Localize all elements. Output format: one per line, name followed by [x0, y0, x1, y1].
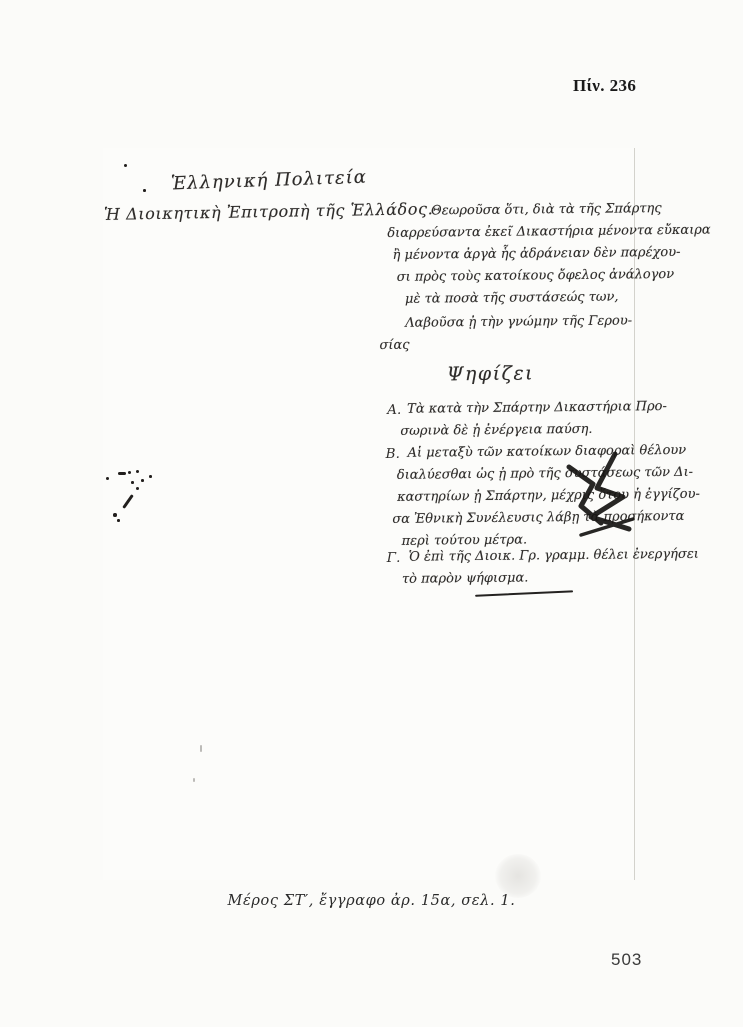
- scanned-document: Ἑλληνική Πολιτεία Ἡ Διοικητικὴ Ἐπιτροπὴ …: [103, 148, 635, 880]
- manuscript-line: διαρρεύσαντα ἐκεῖ Δικαστήρια μένοντα εὔκ…: [387, 223, 711, 241]
- faint-speck: [193, 778, 195, 782]
- ink-blot: [131, 481, 134, 484]
- ink-blot: [141, 479, 144, 482]
- manuscript-line: Λαβοῦσα ᾐ τὴν γνώμην τῆς Γερου-: [405, 313, 632, 330]
- ink-blot: [106, 477, 109, 480]
- manuscript-line: ἢ μένοντα ἀργὰ ἧς ἀδράνειαν δὲν παρέχου-: [392, 245, 680, 263]
- figure-caption: Μέρος ΣΤ′, ἔγγραφο ἀρ. 15α, σελ. 1.: [0, 893, 743, 909]
- ink-blot: [136, 487, 139, 490]
- manuscript-line: σωρινὰ δὲ ᾐ ἐνέργεια παύση.: [400, 422, 592, 439]
- list-marker-alpha: Α.: [387, 402, 401, 418]
- book-page: { "colors": { "paper": "#fbfbf9", "handw…: [0, 0, 743, 1027]
- list-marker-gamma: Γ.: [387, 550, 401, 566]
- manuscript-line: σίας: [379, 338, 409, 353]
- faint-speck: [200, 745, 202, 752]
- manuscript-line: Ὁ ἐπὶ τῆς Διοικ. Γρ. γραμμ. θέλει ἐνεργή…: [409, 547, 699, 565]
- ink-blot: [117, 519, 120, 522]
- decree-heading: Ψηφίζει: [447, 362, 534, 385]
- crossout-scribble: [561, 451, 649, 543]
- manuscript-line: καστηρίων ᾐ Σπάρτην, μέχρις ὅτου ἡ ἐγγίζ…: [397, 487, 700, 505]
- ink-blot: [143, 189, 146, 192]
- manuscript-line: τὸ παρὸν ψήφισμα.: [402, 570, 529, 586]
- page-number: 503: [611, 950, 642, 970]
- ink-blot: [124, 164, 127, 167]
- ink-blot: [128, 471, 131, 474]
- manuscript-line: σι πρὸς τοὺς κατοίκους ὄφελος ἀνάλογον: [397, 267, 675, 285]
- manuscript-line: περὶ τούτου μέτρα.: [401, 533, 527, 549]
- ink-blot: [136, 470, 139, 473]
- manuscript-line: Τὰ κατὰ τὴν Σπάρτην Δικαστήρια Προ-: [407, 399, 667, 417]
- ink-blot: [149, 475, 152, 478]
- ink-blot: [113, 513, 117, 517]
- list-marker-beta: Β.: [386, 446, 400, 462]
- ink-blot: [118, 472, 126, 475]
- manuscript-line: μὲ τὰ ποσὰ τῆς συστάσεώς των,: [405, 290, 619, 307]
- paper-stain: [495, 854, 541, 898]
- closing-underline: [475, 590, 573, 596]
- manuscript-line: Θεωροῦσα ὅτι, διὰ τὰ τῆς Σπάρτης: [431, 201, 662, 218]
- manuscript-heading-line1: Ἑλληνική Πολιτεία: [171, 167, 368, 195]
- ink-stroke: [122, 494, 134, 509]
- plate-label: Πίν. 236: [573, 76, 636, 96]
- manuscript-body: Θεωροῦσα ὅτι, διὰ τὰ τῆς Σπάρτης διαρρεύ…: [383, 201, 653, 604]
